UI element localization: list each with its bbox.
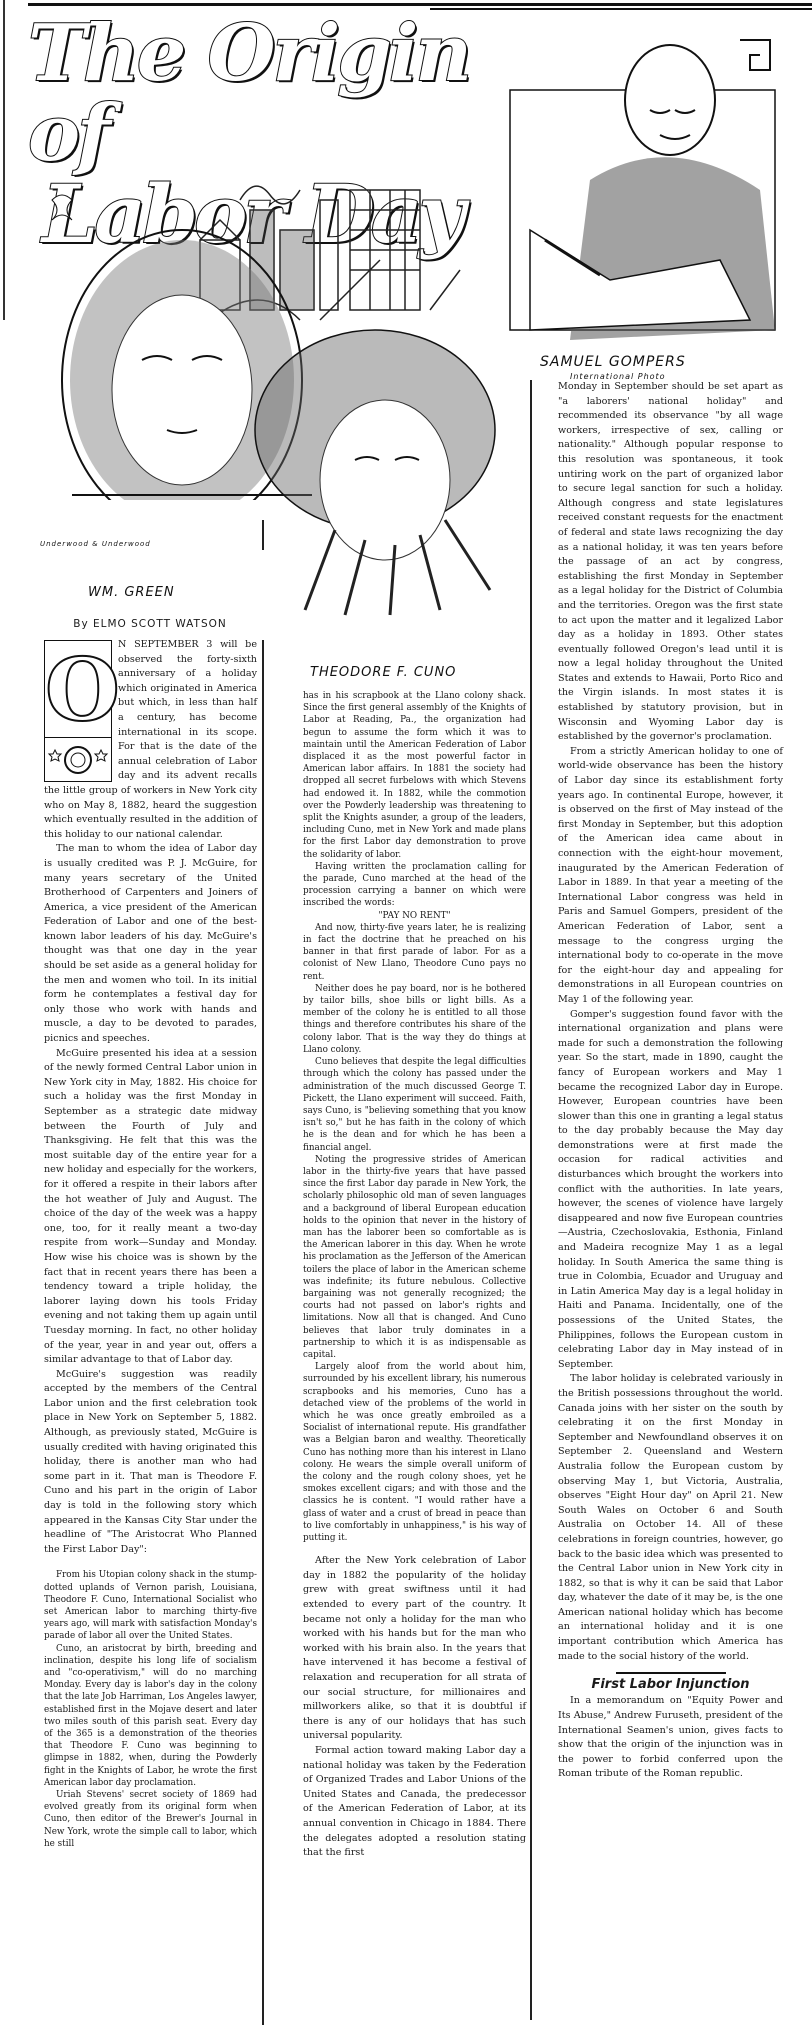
top-rule-secondary [430, 8, 812, 10]
green-photo-credit: Underwood & Underwood [40, 540, 151, 548]
article-column-1: O N SEPTEMBER 3 will be observed the for… [44, 638, 257, 1850]
article-headline: The Origin of Labor Day [28, 14, 508, 184]
paragraph: McGuire's suggestion was readily accepte… [44, 1368, 257, 1558]
quote-paragraph: Cuno believes that despite the legal dif… [303, 1056, 526, 1154]
paragraph: Gomper's suggestion found favor with the… [558, 1008, 783, 1373]
kansas-city-star-quote: From his Utopian colony shack in the stu… [44, 1569, 257, 1850]
article-column-3: Monday in September should be set apart … [558, 380, 783, 1782]
article-column-2: has in his scrapbook at the Llano colony… [303, 690, 526, 1861]
paragraph: The labor holiday is celebrated variousl… [558, 1372, 783, 1664]
quote-paragraph: Cuno, an aristocrat by birth, breeding a… [44, 1643, 257, 1789]
byline-divider [262, 520, 264, 550]
green-caption: WM. GREEN [88, 585, 175, 600]
drop-cap-letter: O [45, 641, 111, 741]
cuno-caption: THEODORE F. CUNO [310, 665, 456, 680]
paragraph: Formal action toward making Labor day a … [303, 1744, 526, 1861]
quote-paragraph: Uriah Stevens' secret society of 1869 ha… [44, 1789, 257, 1850]
wreath-ornament-icon [45, 737, 111, 782]
byline: By ELMO SCOTT WATSON [40, 618, 260, 630]
section-separator [616, 1672, 726, 1674]
quote-paragraph: Largely aloof from the world about him, … [303, 1361, 526, 1544]
paragraph: The man to whom the idea of Labor day is… [44, 842, 257, 1046]
quote-paragraph: And now, thirty-five years later, he is … [303, 922, 526, 983]
top-rule [28, 3, 812, 6]
sidebar-paragraph: In a memorandum on "Equity Power and Its… [558, 1694, 783, 1782]
gompers-caption: SAMUEL GOMPERS [540, 354, 686, 370]
paragraph: McGuire presented his idea at a session … [44, 1047, 257, 1368]
quote-paragraph: Having written the proclamation calling … [303, 861, 526, 910]
paragraph: Monday in September should be set apart … [558, 380, 783, 745]
banner-slogan: "PAY NO RENT" [303, 910, 526, 922]
sidebar-title: First Labor Injunction [558, 1678, 783, 1693]
drop-cap: O [44, 640, 112, 782]
paragraph: After the New York celebration of Labor … [303, 1554, 526, 1744]
column-divider-2 [530, 380, 532, 2020]
quote-paragraph: Neither does he pay board, nor is he bot… [303, 983, 526, 1056]
quote-paragraph: has in his scrapbook at the Llano colony… [303, 690, 526, 861]
samuel-gompers-portrait [490, 30, 780, 340]
quote-paragraph: From his Utopian colony shack in the stu… [44, 1569, 257, 1642]
column-divider-1 [262, 640, 264, 2025]
left-margin-rule [3, 0, 5, 320]
quote-paragraph: Noting the progressive strides of Americ… [303, 1154, 526, 1361]
paragraph: From a strictly American holiday to one … [558, 745, 783, 1008]
theodore-cuno-portrait [215, 320, 530, 620]
headline-line-1: The Origin of [28, 14, 508, 174]
